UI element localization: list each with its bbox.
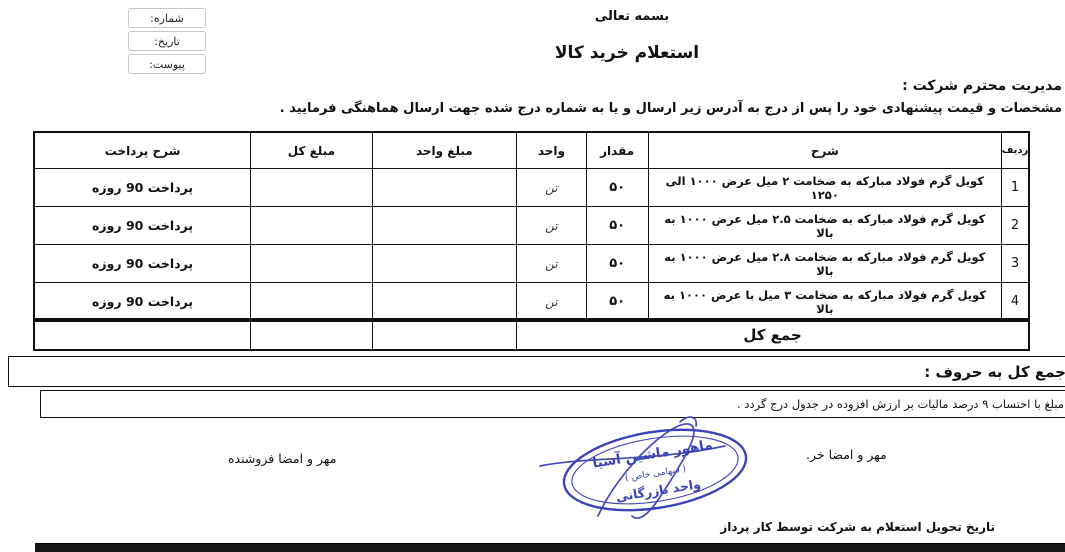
row-description: کویل گرم فولاد مبارکه به ضخامت ۲ میل عرض…	[649, 169, 1003, 206]
header-quantity: مقدار	[587, 133, 649, 168]
header-total-price: مبلغ کل	[251, 133, 373, 168]
table-row: 1 کویل گرم فولاد مبارکه به ضخامت ۲ میل ع…	[35, 168, 1028, 206]
total-in-words-label: جمع کل به حروف :	[924, 363, 1065, 381]
seller-signature-label: مهر و امضا فروشنده	[228, 451, 336, 466]
header-unit: واحد	[517, 133, 587, 168]
grand-total-row: جمع کل	[33, 318, 1030, 351]
attachment-label: پیوست:	[149, 58, 185, 71]
header-payment: شرح پرداخت	[35, 133, 251, 168]
number-field-box: شماره:	[128, 8, 206, 28]
row-payment: پرداخت 90 روزه	[35, 169, 251, 206]
date-label: تاریخ:	[154, 35, 180, 48]
table-row: 4 کویل گرم فولاد مبارکه به ضخامت ۳ میل ب…	[35, 282, 1028, 320]
row-number: 3	[1002, 245, 1028, 282]
items-table: ردیف شرح مقدار واحد مبلغ واحد مبلغ کل شر…	[33, 131, 1030, 322]
date-field-box: تاریخ:	[128, 31, 206, 51]
row-unit: تن	[517, 283, 587, 320]
grand-total-payment-cell	[35, 320, 251, 349]
delivery-note-text: تاریخ تحویل استعلام به شرکت توسط کار پرد…	[720, 520, 995, 534]
header-row-number: ردیف	[1002, 133, 1028, 168]
inquiry-form-page: شماره: تاریخ: پیوست: بسمه تعالی استعلام …	[0, 0, 1065, 552]
row-description: کویل گرم فولاد مبارکه به ضخامت ۲.۸ میل ع…	[649, 245, 1003, 282]
row-unit-price	[373, 283, 517, 320]
header-description: شرح	[649, 133, 1003, 168]
header-unit-price: مبلغ واحد	[373, 133, 517, 168]
row-payment: پرداخت 90 روزه	[35, 283, 251, 320]
row-description: کویل گرم فولاد مبارکه به ضخامت ۳ میل با …	[649, 283, 1003, 320]
row-unit-price	[373, 169, 517, 206]
row-quantity: ۵۰	[587, 245, 649, 282]
buyer-signature-label: مهر و امضا خر.	[806, 447, 887, 462]
stamp-graphic: ماهور ماشین آسیا ( سهامی خاص ) واحد بازر…	[545, 418, 765, 523]
row-number: 1	[1002, 169, 1028, 206]
row-quantity: ۵۰	[587, 283, 649, 320]
row-number: 2	[1002, 207, 1028, 244]
grand-total-unit-price-cell	[373, 320, 517, 349]
row-number: 4	[1002, 283, 1028, 320]
row-unit: تن	[517, 245, 587, 282]
cutoff-next-section-bar	[35, 543, 1065, 552]
table-row: 2 کویل گرم فولاد مبارکه به ضخامت ۲.۵ میل…	[35, 206, 1028, 244]
bismillah-text: بسمه تعالی	[527, 9, 737, 24]
company-stamp: ماهور ماشین آسیا ( سهامی خاص ) واحد بازر…	[545, 418, 765, 523]
table-header-row: ردیف شرح مقدار واحد مبلغ واحد مبلغ کل شر…	[35, 133, 1028, 168]
row-total-price	[251, 207, 373, 244]
row-unit: تن	[517, 169, 587, 206]
vat-note-box: مبلغ با احتساب ۹ درصد مالیات بر ارزش افز…	[40, 390, 1065, 418]
total-in-words-box: جمع کل به حروف :	[8, 356, 1065, 387]
row-unit-price	[373, 207, 517, 244]
intro-text: مشخصات و قیمت پیشنهادی خود را پس از درج …	[280, 101, 1062, 116]
salutation-text: مدیریت محترم شرکت :	[902, 78, 1062, 94]
grand-total-label: جمع کل	[517, 320, 1028, 349]
grand-total-amount-cell	[251, 320, 373, 349]
table-row: 3 کویل گرم فولاد مبارکه به ضخامت ۲.۸ میل…	[35, 244, 1028, 282]
row-description: کویل گرم فولاد مبارکه به ضخامت ۲.۵ میل ع…	[649, 207, 1003, 244]
vat-note-text: مبلغ با احتساب ۹ درصد مالیات بر ارزش افز…	[737, 397, 1064, 411]
row-payment: پرداخت 90 روزه	[35, 207, 251, 244]
row-total-price	[251, 169, 373, 206]
row-total-price	[251, 245, 373, 282]
page-title: استعلام خرید کالا	[517, 43, 737, 63]
attachment-field-box: پیوست:	[128, 54, 206, 74]
number-label: شماره:	[150, 12, 184, 25]
row-quantity: ۵۰	[587, 207, 649, 244]
row-quantity: ۵۰	[587, 169, 649, 206]
row-payment: پرداخت 90 روزه	[35, 245, 251, 282]
row-unit: تن	[517, 207, 587, 244]
row-total-price	[251, 283, 373, 320]
stamp-company-name: ماهور ماشین آسیا	[591, 436, 713, 472]
row-unit-price	[373, 245, 517, 282]
